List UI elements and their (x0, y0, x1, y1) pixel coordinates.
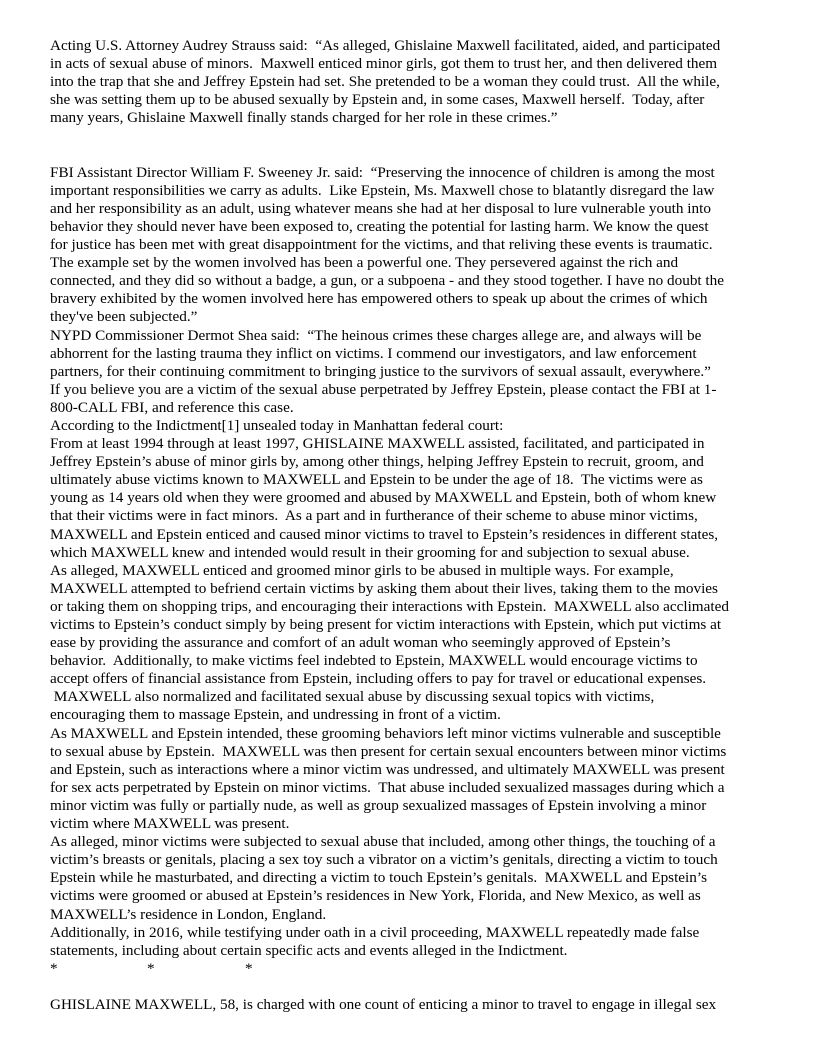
separator-asterisk: * (50, 960, 58, 978)
text-line: Epstein while he masturbated, and direct… (50, 869, 770, 887)
text-line: 800-CALL FBI, and reference this case. (50, 399, 770, 417)
text-line: into the trap that she and Jeffrey Epste… (50, 73, 770, 91)
paragraph-allegation-2016: Additionally, in 2016, while testifying … (50, 924, 770, 960)
paragraph-spacer (50, 978, 770, 996)
paragraph-sweeney-quote: FBI Assistant Director William F. Sweene… (50, 164, 770, 327)
text-line: As MAXWELL and Epstein intended, these g… (50, 725, 770, 743)
text-line: for sex acts perpetrated by Epstein on m… (50, 779, 770, 797)
paragraph-shea-quote: NYPD Commissioner Dermot Shea said: “The… (50, 327, 770, 381)
text-line: FBI Assistant Director William F. Sweene… (50, 164, 770, 182)
paragraph-charge: GHISLAINE MAXWELL, 58, is charged with o… (50, 996, 770, 1014)
text-line: victim where MAXWELL was present. (50, 815, 770, 833)
paragraph-strauss-quote: Acting U.S. Attorney Audrey Strauss said… (50, 37, 770, 127)
paragraph-allegation-present: As MAXWELL and Epstein intended, these g… (50, 725, 770, 834)
text-line: they've been subjected.” (50, 308, 770, 326)
text-line: many years, Ghislaine Maxwell finally st… (50, 109, 770, 127)
document-page: Acting U.S. Attorney Audrey Strauss said… (50, 37, 770, 1014)
text-line: MAXWELL attempted to befriend certain vi… (50, 580, 770, 598)
text-line: If you believe you are a victim of the s… (50, 381, 770, 399)
text-line: that their victims were in fact minors. … (50, 507, 770, 525)
paragraph-allegation-abuse: As alleged, minor victims were subjected… (50, 833, 770, 923)
paragraph-allegation-1994: From at least 1994 through at least 1997… (50, 435, 770, 562)
text-line: victims were groomed or abused at Epstei… (50, 887, 770, 905)
text-line: According to the Indictment[1] unsealed … (50, 417, 770, 435)
text-line: accept offers of financial assistance fr… (50, 670, 770, 688)
text-line: connected, and they did so without a bad… (50, 272, 770, 290)
text-line: victims to Epstein’s conduct simply by b… (50, 616, 770, 634)
text-line: behavior they should never have been exp… (50, 218, 770, 236)
text-line: statements, including about certain spec… (50, 942, 770, 960)
text-line: As alleged, MAXWELL enticed and groomed … (50, 562, 770, 580)
text-line: victim’s breasts or genitals, placing a … (50, 851, 770, 869)
text-line: behavior. Additionally, to make victims … (50, 652, 770, 670)
text-line: encouraging them to massage Epstein, and… (50, 706, 770, 724)
text-line: MAXWELL and Epstein enticed and caused m… (50, 526, 770, 544)
text-line: for justice has been met with great disa… (50, 236, 770, 254)
text-line: and Epstein, such as interactions where … (50, 761, 770, 779)
text-line: bravery exhibited by the women involved … (50, 290, 770, 308)
section-separator: * * * (50, 960, 770, 978)
paragraph-fbi-contact: If you believe you are a victim of the s… (50, 381, 770, 417)
text-line: Acting U.S. Attorney Audrey Strauss said… (50, 37, 770, 55)
text-line: she was setting them up to be abused sex… (50, 91, 770, 109)
paragraph-spacer (50, 127, 770, 163)
separator-asterisk: * (147, 960, 155, 978)
text-line: MAXWELL also normalized and facilitated … (50, 688, 770, 706)
text-line: important responsibilities we carry as a… (50, 182, 770, 200)
text-line: minor victim was fully or partially nude… (50, 797, 770, 815)
text-line: NYPD Commissioner Dermot Shea said: “The… (50, 327, 770, 345)
paragraph-indictment-intro: According to the Indictment[1] unsealed … (50, 417, 770, 435)
text-line: From at least 1994 through at least 1997… (50, 435, 770, 453)
text-line: in acts of sexual abuse of minors. Maxwe… (50, 55, 770, 73)
text-line: partners, for their continuing commitmen… (50, 363, 770, 381)
text-line: to sexual abuse by Epstein. MAXWELL was … (50, 743, 770, 761)
text-line: ease by providing the assurance and comf… (50, 634, 770, 652)
text-line: GHISLAINE MAXWELL, 58, is charged with o… (50, 996, 770, 1014)
text-line: which MAXWELL knew and intended would re… (50, 544, 770, 562)
text-line: As alleged, minor victims were subjected… (50, 833, 770, 851)
text-line: Jeffrey Epstein’s abuse of minor girls b… (50, 453, 770, 471)
paragraph-allegation-grooming: As alleged, MAXWELL enticed and groomed … (50, 562, 770, 725)
text-line: The example set by the women involved ha… (50, 254, 770, 272)
text-line: abhorrent for the lasting trauma they in… (50, 345, 770, 363)
text-line: Additionally, in 2016, while testifying … (50, 924, 770, 942)
text-line: ultimately abuse victims known to MAXWEL… (50, 471, 770, 489)
text-line: or taking them on shopping trips, and en… (50, 598, 770, 616)
text-line: and her responsibility as an adult, usin… (50, 200, 770, 218)
text-line: young as 14 years old when they were gro… (50, 489, 770, 507)
separator-asterisk: * (245, 960, 253, 978)
text-line: MAXWELL’s residence in London, England. (50, 906, 770, 924)
